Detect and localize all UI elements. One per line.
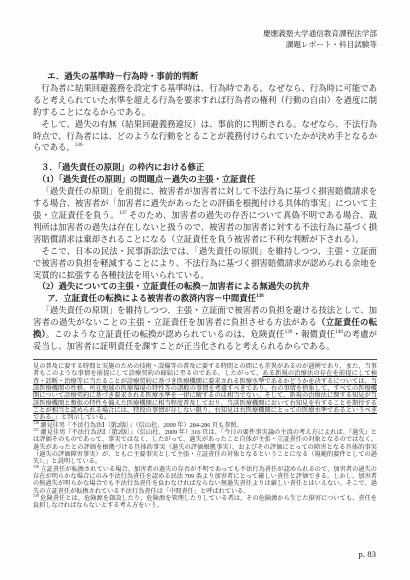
paragraph-tenkan: 「過失責任の原則」を維持しつつ、主張・立証面で被害者の負担を避ける技法として、加… (33, 305, 377, 353)
heading-tenkan: （2）過失についての主張・立証責任の転換－加害者による無過失の抗弁 (33, 281, 377, 293)
paragraph-rissho-sekinin: 「過失責任の原則」を前提に、被害者が加害者に対して不法行為に基づく損害賠償請求を… (33, 186, 377, 246)
heading-chukan-sekinin: ア．立証責任の転換による被害者の救済内容－中間責任138 (33, 293, 377, 305)
paragraph-jizen-handan: そして、過失の有無（結果回避義務違反）は、事前的に判断される。なぜなら、不法行為… (33, 119, 377, 155)
paragraph-kijunji: 行為者に結果回避義務を設定する基準時は、行為時である。なぜなら、行為時に可能であ… (33, 83, 377, 119)
heading-section3: ３．「過失責任の原則」の枠内における修正 (33, 162, 377, 174)
document-header: 慶應義塾大学通信教育課程法学部 課題レポート・科目試験等 (33, 28, 377, 50)
paragraph-kakucho-giho: そこで、日本の民法・民事訴訟法では、「過失責任の原則」を維持しつつ、主張・立証面… (33, 246, 377, 282)
footnote-continuation: 見の普及に要する時間と実施のための技術・設備等の普及に要する時間との間にも差異が… (33, 363, 377, 422)
page-number: p. 83 (358, 549, 376, 559)
document-page: 慶應義塾大学通信教育課程法学部 課題レポート・科目試験等 エ．過失の基準時－行為… (0, 0, 410, 580)
document-body: エ．過失の基準時－行為時・事前的判断 行為者に結果回避義務を設定する基準時は、行… (33, 71, 377, 353)
footnote-137: 137 潮見佳男『不法行為法Ⅰ〔第2版〕』（信山社、2009 年）316 頁は、… (33, 429, 377, 466)
heading-mondaiten: （1）「過失責任の原則」の問題点－過失の主張・立証責任 (33, 174, 377, 186)
header-institution: 慶應義塾大学通信教育課程法学部 (33, 28, 377, 39)
footnotes-section: 見の普及に要する時間と実施のための技術・設備等の普及に要する時間との間にも差異が… (33, 363, 377, 510)
heading-kijunji: エ．過失の基準時－行為時・事前的判断 (33, 71, 377, 83)
footnote-139: 139 危険責任とは、危険源を創設したり、危険源を管理したりしている者は、その危… (33, 495, 377, 510)
footnote-138: 138 立証責任が転換されている場合、加害者の過失の存否が不明であっても不法行為… (33, 466, 377, 495)
footnote-136: 136 潮見佳男『不法行為法Ⅰ〔第2版〕』（信山社、2009 年）284-286… (33, 422, 377, 429)
footnote-separator (33, 359, 377, 360)
header-doc-type: 課題レポート・科目試験等 (33, 39, 377, 50)
